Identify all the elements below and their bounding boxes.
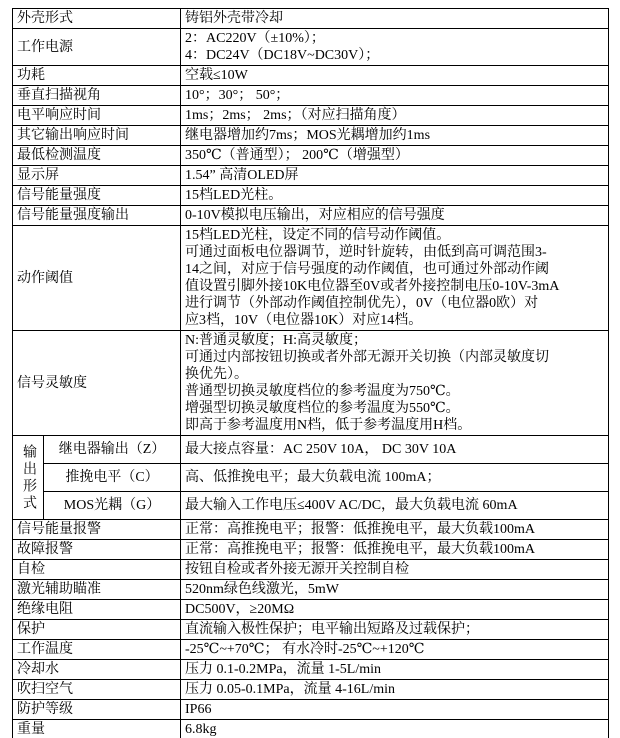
table-row: 输出形式 继电器输出（Z） 最大接点容量：AC 250V 10A， DC 30V… [13,436,609,464]
value-line: 应3档，10V（电位器10K）对应14档。 [185,312,604,329]
value-line: 可通过面板电位器调节，逆时针旋转，由低到高可调范围3- [185,244,604,261]
table-row: 防护等级 IP66 [13,700,609,720]
value-line: 值设置引脚外接10K电位器至0V或者外接控制电压0-10V-3mA [185,278,604,295]
param-label: 工作电源 [13,29,181,66]
value-line: 1.54” 高清OLED屏 [185,167,604,184]
param-label: 垂直扫描视角 [13,86,181,106]
value-line: 铸铝外壳带冷却 [185,10,604,27]
table-row: 信号能量强度 15档LED光柱。 [13,186,609,206]
value-line: DC500V，≥20MΩ [185,601,604,618]
value-line: 空载≤10W [185,67,604,84]
value-line: 15档LED光柱。 [185,187,604,204]
value-line: 14之间，对应于信号强度的动作阈值，也可通过外部动作阈 [185,261,604,278]
value-line: 按钮自检或者外接无源开关控制自检 [185,561,604,578]
value-line: 2：AC220V（±10%）； [185,30,604,47]
param-label: 激光辅助瞄准 [13,580,181,600]
param-sub-label: 继电器输出（Z） [44,436,181,464]
value-line: 换优先）。 [185,366,604,383]
param-label: 动作阈值 [13,226,181,331]
spec-table: 外壳形式 铸铝外壳带冷却 工作电源 2：AC220V（±10%）； 4：DC24… [12,8,609,738]
param-label: 吹扫空气 [13,680,181,700]
param-value: 按钮自检或者外接无源开关控制自检 [181,560,609,580]
value-line: 520nm绿色线激光，5mW [185,581,604,598]
param-value: 1ms；2ms； 2ms；（对应扫描角度） [181,106,609,126]
param-value: -25℃~+70℃； 有水冷时-25℃~+120℃ [181,640,609,660]
output-group-label: 输出形式 [21,444,35,512]
value-line: 普通型切换灵敏度档位的参考温度为750℃。 [185,383,604,400]
param-value: 直流输入极性保护；电平输出短路及过载保护； [181,620,609,640]
value-line: 350℃（普通型）； 200℃（增强型） [185,147,604,164]
value-line: 进行调节（外部动作阈值控制优先），0V（电位器0欧）对 [185,295,604,312]
param-label: 外壳形式 [13,9,181,29]
value-line: 正常：高推挽电平；报警：低推挽电平，最大负载100mA [185,541,604,558]
value-line: 高、低推挽电平；最大负载电流 100mA； [185,469,604,486]
value-line: 继电器增加约7ms；MOS光耦增加约1ms [185,127,604,144]
param-value: 350℃（普通型）； 200℃（增强型） [181,146,609,166]
table-row: 信号能量强度输出 0-10V模拟电压输出，对应相应的信号强度 [13,206,609,226]
param-label: 保护 [13,620,181,640]
table-row: 推挽电平（C） 高、低推挽电平；最大负载电流 100mA； [13,464,609,492]
value-line: 最大输入工作电压≤400V AC/DC，最大负载电流 60mA [185,497,604,514]
value-line: 1ms；2ms； 2ms；（对应扫描角度） [185,107,604,124]
param-label: 信号能量强度输出 [13,206,181,226]
param-value: 空载≤10W [181,66,609,86]
param-value: 6.8kg [181,720,609,738]
table-row: 故障报警 正常：高推挽电平；报警：低推挽电平，最大负载100mA [13,540,609,560]
output-group-label-cell: 输出形式 [13,436,44,520]
value-line: 4：DC24V（DC18V~DC30V）； [185,47,604,64]
table-row: 动作阈值 15档LED光柱，设定不同的信号动作阈值。 可通过面板电位器调节，逆时… [13,226,609,331]
table-row: 功耗 空载≤10W [13,66,609,86]
param-value: 最大接点容量：AC 250V 10A， DC 30V 10A [181,436,609,464]
table-row: 冷却水 压力 0.1-0.2MPa，流量 1-5L/min [13,660,609,680]
param-value: 1.54” 高清OLED屏 [181,166,609,186]
param-value: 正常：高推挽电平；报警：低推挽电平，最大负载100mA [181,540,609,560]
value-line: 6.8kg [185,721,604,738]
table-row: 电平响应时间 1ms；2ms； 2ms；（对应扫描角度） [13,106,609,126]
table-row: 信号能量报警 正常：高推挽电平；报警：低推挽电平，最大负载100mA [13,520,609,540]
value-line: 正常：高推挽电平；报警：低推挽电平，最大负载100mA [185,521,604,538]
param-value: 2：AC220V（±10%）； 4：DC24V（DC18V~DC30V）； [181,29,609,66]
table-row: 激光辅助瞄准 520nm绿色线激光，5mW [13,580,609,600]
param-sub-label: 推挽电平（C） [44,464,181,492]
param-label: 故障报警 [13,540,181,560]
param-value: 铸铝外壳带冷却 [181,9,609,29]
param-label: 其它输出响应时间 [13,126,181,146]
param-label: 功耗 [13,66,181,86]
value-line: 可通过内部按钮切换或者外部无源开关切换（内部灵敏度切 [185,349,604,366]
table-row: 自检 按钮自检或者外接无源开关控制自检 [13,560,609,580]
param-label: 冷却水 [13,660,181,680]
param-value: 继电器增加约7ms；MOS光耦增加约1ms [181,126,609,146]
param-label: 最低检测温度 [13,146,181,166]
table-row: 吹扫空气 压力 0.05-0.1MPa，流量 4-16L/min [13,680,609,700]
table-row: 保护 直流输入极性保护；电平输出短路及过载保护； [13,620,609,640]
param-label: 自检 [13,560,181,580]
param-label: 绝缘电阻 [13,600,181,620]
table-row: 绝缘电阻 DC500V，≥20MΩ [13,600,609,620]
table-row: 信号灵敏度 N:普通灵敏度；H:高灵敏度； 可通过内部按钮切换或者外部无源开关切… [13,331,609,436]
param-sub-label: MOS光耦（G） [44,492,181,520]
param-value: 最大输入工作电压≤400V AC/DC，最大负载电流 60mA [181,492,609,520]
param-value: 压力 0.1-0.2MPa，流量 1-5L/min [181,660,609,680]
param-value: N:普通灵敏度；H:高灵敏度； 可通过内部按钮切换或者外部无源开关切换（内部灵敏… [181,331,609,436]
value-line: 直流输入极性保护；电平输出短路及过载保护； [185,621,604,638]
value-line: N:普通灵敏度；H:高灵敏度； [185,332,604,349]
value-line: 15档LED光柱，设定不同的信号动作阈值。 [185,227,604,244]
value-line: 即高于参考温度用N档，低于参考温度用H档。 [185,417,604,434]
value-line: 最大接点容量：AC 250V 10A， DC 30V 10A [185,441,604,458]
param-value: 15档LED光柱。 [181,186,609,206]
param-label: 重量 [13,720,181,738]
param-label: 工作温度 [13,640,181,660]
param-value: 高、低推挽电平；最大负载电流 100mA； [181,464,609,492]
table-row: 外壳形式 铸铝外壳带冷却 [13,9,609,29]
table-row: 重量 6.8kg [13,720,609,738]
param-label: 信号灵敏度 [13,331,181,436]
table-row: 垂直扫描视角 10°；30°； 50°； [13,86,609,106]
table-row: 最低检测温度 350℃（普通型）； 200℃（增强型） [13,146,609,166]
value-line: 压力 0.1-0.2MPa，流量 1-5L/min [185,661,604,678]
param-value: IP66 [181,700,609,720]
param-label: 防护等级 [13,700,181,720]
param-value: DC500V，≥20MΩ [181,600,609,620]
param-value: 0-10V模拟电压输出，对应相应的信号强度 [181,206,609,226]
value-line: 增强型切换灵敏度档位的参考温度为550℃。 [185,400,604,417]
param-label: 电平响应时间 [13,106,181,126]
spec-sheet-page: 外壳形式 铸铝外壳带冷却 工作电源 2：AC220V（±10%）； 4：DC24… [0,0,620,738]
table-row: 工作温度 -25℃~+70℃； 有水冷时-25℃~+120℃ [13,640,609,660]
table-row: MOS光耦（G） 最大输入工作电压≤400V AC/DC，最大负载电流 60mA [13,492,609,520]
value-line: 10°；30°； 50°； [185,87,604,104]
param-label: 信号能量报警 [13,520,181,540]
value-line: -25℃~+70℃； 有水冷时-25℃~+120℃ [185,641,604,658]
param-label: 显示屏 [13,166,181,186]
param-value: 压力 0.05-0.1MPa，流量 4-16L/min [181,680,609,700]
param-value: 520nm绿色线激光，5mW [181,580,609,600]
param-value: 正常：高推挽电平；报警：低推挽电平，最大负载100mA [181,520,609,540]
param-label: 信号能量强度 [13,186,181,206]
table-row: 显示屏 1.54” 高清OLED屏 [13,166,609,186]
param-value: 15档LED光柱，设定不同的信号动作阈值。 可通过面板电位器调节，逆时针旋转，由… [181,226,609,331]
value-line: 压力 0.05-0.1MPa，流量 4-16L/min [185,681,604,698]
param-value: 10°；30°； 50°； [181,86,609,106]
table-row: 工作电源 2：AC220V（±10%）； 4：DC24V（DC18V~DC30V… [13,29,609,66]
value-line: 0-10V模拟电压输出，对应相应的信号强度 [185,207,604,224]
table-row: 其它输出响应时间 继电器增加约7ms；MOS光耦增加约1ms [13,126,609,146]
value-line: IP66 [185,701,604,718]
